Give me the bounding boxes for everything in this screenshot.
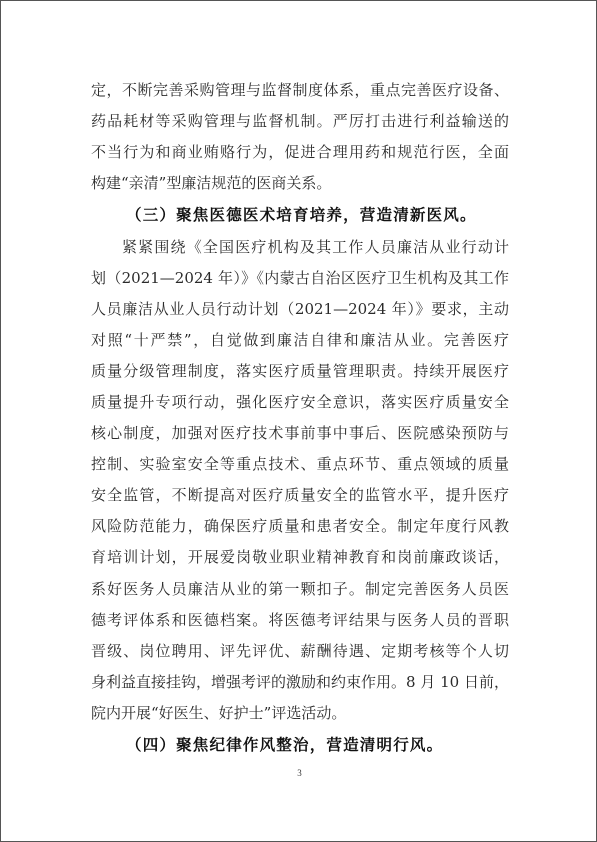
- document-page: 定，不断完善采购管理与监督制度体系，重点完善医疗设备、 药品耗材等采购管理与监督…: [0, 0, 597, 842]
- body-text-line: 药品耗材等采购管理与监督机制。严厉打击进行利益输送的: [91, 106, 509, 137]
- body-text-line: 划（2021—2024 年）》《内蒙古自治区医疗卫生机构及其工作: [91, 263, 509, 294]
- body-text-line: 身利益直接挂钩，增强考评的激励和约束作用。8 月 10 日前，: [91, 667, 509, 698]
- body-text-line: 构建“亲清”型廉洁规范的医商关系。: [91, 168, 509, 199]
- body-text-line: 不当行为和商业贿赂行为，促进合理用药和规范行医，全面: [91, 137, 509, 168]
- body-text-line: 风险防范能力，确保医疗质量和患者安全。制定年度行风教: [91, 511, 509, 542]
- body-text-line: 院内开展“好医生、好护士”评选活动。: [91, 698, 509, 729]
- body-text-line: 系好医务人员廉洁从业的第一颗扣子。制定完善医务人员医: [91, 574, 509, 605]
- page-number: 3: [1, 768, 597, 778]
- body-text-line: 质量提升专项行动，强化医疗安全意识，落实医疗质量安全: [91, 387, 509, 418]
- body-text-line: 紧紧围绕《全国医疗机构及其工作人员廉洁从业行动计: [122, 232, 509, 263]
- body-text-line: 定，不断完善采购管理与监督制度体系，重点完善医疗设备、: [91, 75, 509, 106]
- body-text-line: 德考评体系和医德档案。将医德考评结果与医务人员的晋职: [91, 605, 509, 636]
- body-text-line: 质量分级管理制度，落实医疗质量管理职责。持续开展医疗: [91, 356, 509, 387]
- section-heading-3: （三）聚焦医德医术培育培养，营造清新医风。: [126, 200, 477, 231]
- body-text-line: 育培训计划，开展爱岗敬业职业精神教育和岗前廉政谈话，: [91, 542, 509, 573]
- body-text-line: 安全监管，不断提高对医疗质量安全的监管水平，提升医疗: [91, 480, 509, 511]
- body-text-line: 晋级、岗位聘用、评先评优、薪酬待遇、定期考核等个人切: [91, 636, 509, 667]
- body-text-line: 人员廉洁从业人员行动计划（2021—2024 年）》要求，主动: [91, 294, 509, 325]
- body-text-line: 对照“十严禁”，自觉做到廉洁自律和廉洁从业。完善医疗: [91, 325, 509, 356]
- body-text-line: 控制、实验室安全等重点技术、重点环节、重点领域的质量: [91, 449, 509, 480]
- body-text-line: 核心制度，加强对医疗技术事前事中事后、医院感染预防与: [91, 418, 509, 449]
- section-heading-4: （四）聚焦纪律作风整治，营造清明行风。: [126, 730, 443, 761]
